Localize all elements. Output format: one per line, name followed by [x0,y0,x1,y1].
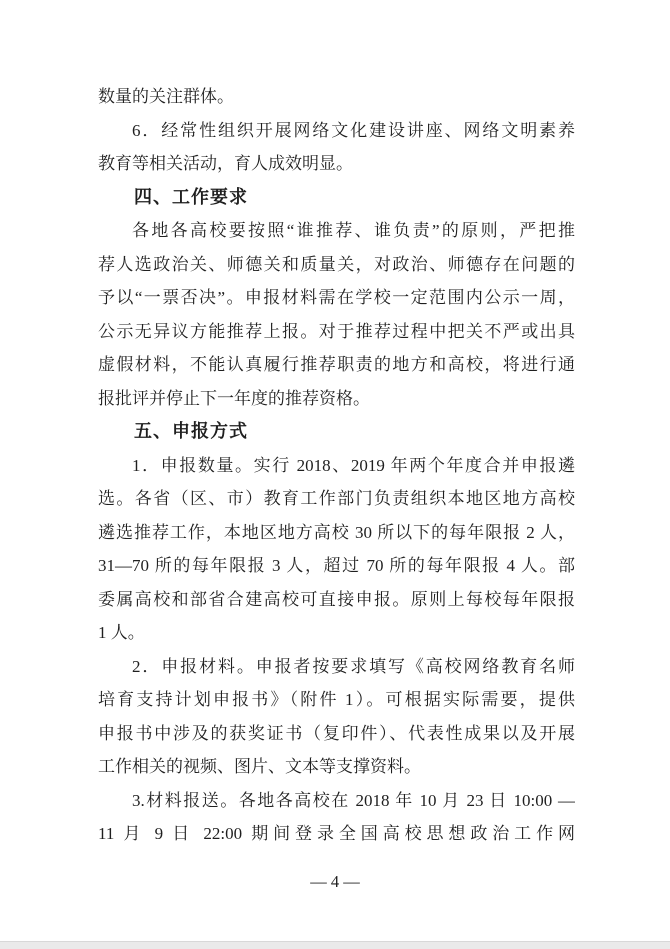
document-body: 数量的关注群体。6．经常性组织开展网络文化建设讲座、网络文明素养教育等相关活动，… [98,80,575,851]
text-line: 予以“一票否决”。申报材料需在学校一定范围内公示一周， [98,281,575,315]
text-line: 11 月 9 日 22:00 期间登录全国高校思想政治工作网 [98,817,575,851]
section-heading: 五、申报方式 [98,415,575,449]
text-line: 虚假材料，不能认真履行推荐职责的地方和高校，将进行通 [98,348,575,382]
text-line: 培育支持计划申报书》（附件 1）。可根据实际需要，提供 [98,683,575,717]
text-line: 3.材料报送。各地各高校在 2018 年 10 月 23 日 10:00 — [98,784,575,818]
text-line: 报批评并停止下一年度的推荐资格。 [98,382,575,416]
text-line: 教育等相关活动，育人成效明显。 [98,147,575,181]
text-line: 2．申报材料。申报者按要求填写《高校网络教育名师 [98,650,575,684]
text-line: 公示无异议方能推荐上报。对于推荐过程中把关不严或出具 [98,315,575,349]
text-line: 选。各省（区、市）教育工作部门负责组织本地区地方高校 [98,482,575,516]
text-line: 申报书中涉及的获奖证书（复印件）、代表性成果以及开展 [98,717,575,751]
text-line: 工作相关的视频、图片、文本等支撑资料。 [98,750,575,784]
section-heading: 四、工作要求 [98,181,575,215]
text-line: 31—70 所的每年限报 3 人，超过 70 所的每年限报 4 人。部 [98,549,575,583]
text-line: 6．经常性组织开展网络文化建设讲座、网络文明素养 [98,114,575,148]
document-page: 数量的关注群体。6．经常性组织开展网络文化建设讲座、网络文明素养教育等相关活动，… [0,0,670,949]
text-line: 遴选推荐工作，本地区地方高校 30 所以下的每年限报 2 人， [98,516,575,550]
text-line: 数量的关注群体。 [98,80,575,114]
text-line: 1 人。 [98,616,575,650]
text-line: 1．申报数量。实行 2018、2019 年两个年度合并申报遴 [98,449,575,483]
text-line: 荐人选政治关、师德关和质量关，对政治、师德存在问题的 [98,248,575,282]
text-line: 委属高校和部省合建高校可直接申报。原则上每校每年限报 [98,583,575,617]
page-number: — 4 — [0,871,670,893]
text-line: 各地各高校要按照“谁推荐、谁负责”的原则，严把推 [98,214,575,248]
scan-edge-strip [0,941,670,949]
